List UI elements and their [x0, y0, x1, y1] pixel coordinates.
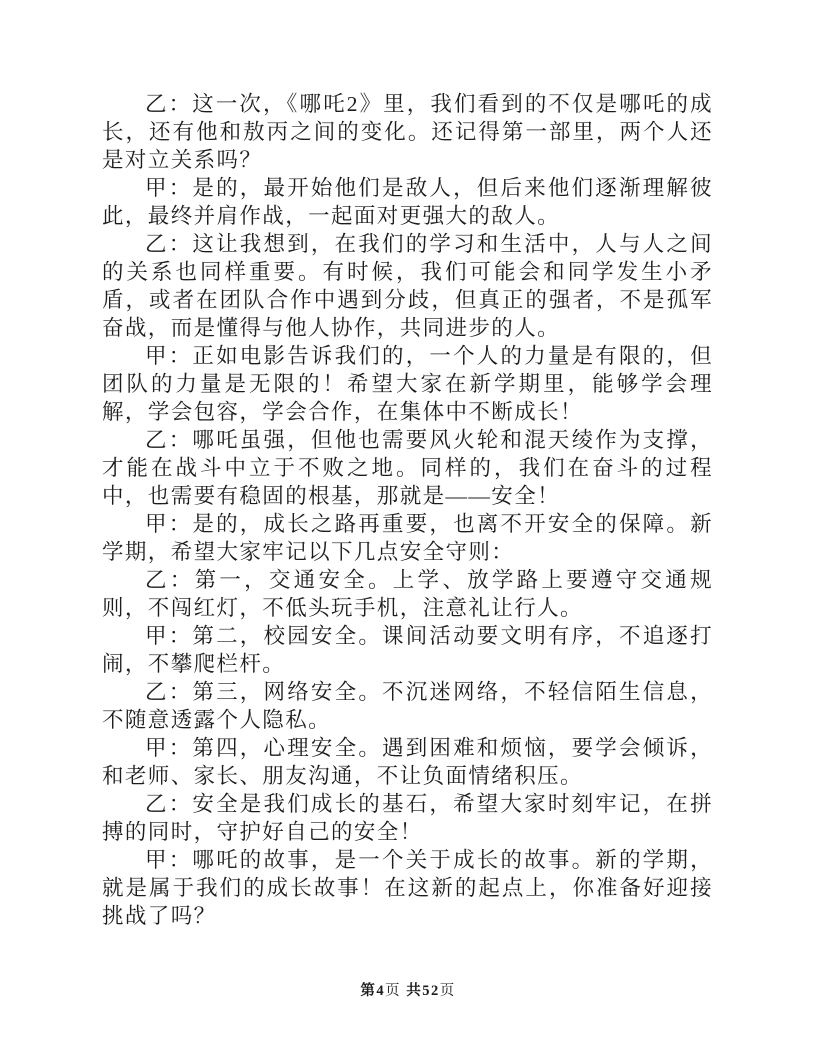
text-run: 是的，最开始他们是敌人，但后来他们逐渐理解彼此，最终并肩作战，一起面对更强大的敌…	[102, 176, 713, 228]
text-run: 安全是我们成长的基石，希望大家时刻牢记，在拼搏的同时，守护好自己的安全！	[102, 792, 713, 844]
paragraph: 乙：这一次，《哪吒2》里，我们看到的不仅是哪吒的成长，还有他和敖丙之间的变化。还…	[102, 90, 713, 174]
speaker-label: 甲：	[145, 736, 192, 760]
document-page: 乙：这一次，《哪吒2》里，我们看到的不仅是哪吒的成长，还有他和敖丙之间的变化。还…	[0, 0, 816, 1056]
speaker-label: 乙：	[145, 568, 195, 592]
text-run: 这让我想到，在我们的学习和生活中，人与人之间的关系也同样重要。有时候，我们可能会…	[102, 232, 713, 340]
paragraph: 乙：安全是我们成长的基石，希望大家时刻牢记，在拼搏的同时，守护好自己的安全！	[102, 790, 713, 846]
text-run: 页	[440, 983, 456, 999]
speaker-label: 乙：	[145, 428, 192, 452]
text-run: 共	[406, 983, 422, 999]
text-run: 校园安全	[264, 624, 359, 648]
speaker-label: 甲：	[145, 344, 192, 368]
paragraph: 甲：是的，成长之路再重要，也离不开安全的保障。新学期，希望大家牢记以下几点安全守…	[102, 510, 713, 566]
text-run: 哪吒的故事，是一个关于成长的故事。新的学期，就是属于我们的成长故事！在这新的起点…	[102, 848, 713, 928]
text-run: 第四，	[192, 736, 263, 760]
paragraph: 乙：第一，交通安全。上学、放学路上要遵守交通规则，不闯红灯，不低头玩手机，注意礼…	[102, 566, 713, 622]
paragraph: 乙：这让我想到，在我们的学习和生活中，人与人之间的关系也同样重要。有时候，我们可…	[102, 230, 713, 342]
text-run: 52	[422, 983, 440, 999]
page-number-indicator: 第4页 共52页	[0, 981, 816, 1001]
speaker-label: 甲：	[145, 624, 192, 648]
paragraph: 甲：第四，心理安全。遇到困难和烦恼，要学会倾诉，和老师、家长、朋友沟通，不让负面…	[102, 734, 713, 790]
speaker-label: 甲：	[145, 176, 192, 200]
paragraph: 乙：第三，网络安全。不沉迷网络，不轻信陌生信息，不随意透露个人隐私。	[102, 678, 713, 734]
text-run: 第二，	[192, 624, 263, 648]
speaker-label: 乙：	[145, 232, 192, 256]
text-run: 4	[376, 983, 385, 999]
document-body: 乙：这一次，《哪吒2》里，我们看到的不仅是哪吒的成长，还有他和敖丙之间的变化。还…	[102, 90, 713, 930]
text-run: 是的，成长之路再重要，也离不开安全的保障。	[192, 512, 690, 536]
paragraph: 甲：正如电影告诉我们的，一个人的力量是有限的，但团队的力量是无限的！希望大家在新…	[102, 342, 713, 426]
text-run: 这一次，《哪吒2》里，我们看到的不仅是	[192, 92, 619, 116]
text-run: 页	[385, 983, 401, 999]
text-run: 交通安全	[269, 568, 368, 592]
paragraph: 甲：是的，最开始他们是敌人，但后来他们逐渐理解彼此，最终并肩作战，一起面对更强大…	[102, 174, 713, 230]
paragraph: 甲：第二，校园安全。课间活动要文明有序，不追逐打闹，不攀爬栏杆。	[102, 622, 713, 678]
text-run: 第一，	[195, 568, 269, 592]
text-run: 第	[360, 983, 376, 999]
text-run: 心理安全	[264, 736, 359, 760]
paragraph: 甲：哪吒的故事，是一个关于成长的故事。新的学期，就是属于我们的成长故事！在这新的…	[102, 846, 713, 930]
text-run: ，还有他和	[126, 120, 244, 144]
text-run: 网络安全	[264, 680, 359, 704]
paragraph: 乙：哪吒虽强，但他也需要风火轮和混天绫作为支撑，才能在战斗中立于不败之地。同样的…	[102, 426, 713, 510]
speaker-label: 乙：	[145, 792, 192, 816]
speaker-label: 乙：	[145, 680, 192, 704]
speaker-label: 甲：	[145, 848, 192, 872]
speaker-label: 乙：	[145, 92, 192, 116]
text-run: 第三，	[192, 680, 263, 704]
text-run: 敖丙之间的变化	[243, 120, 408, 144]
text-run: 正如电影告诉我们的，一个人的力量是有限的，但团队的力量是无限的！希望大家在新学期…	[102, 344, 713, 424]
speaker-label: 甲：	[145, 512, 192, 536]
